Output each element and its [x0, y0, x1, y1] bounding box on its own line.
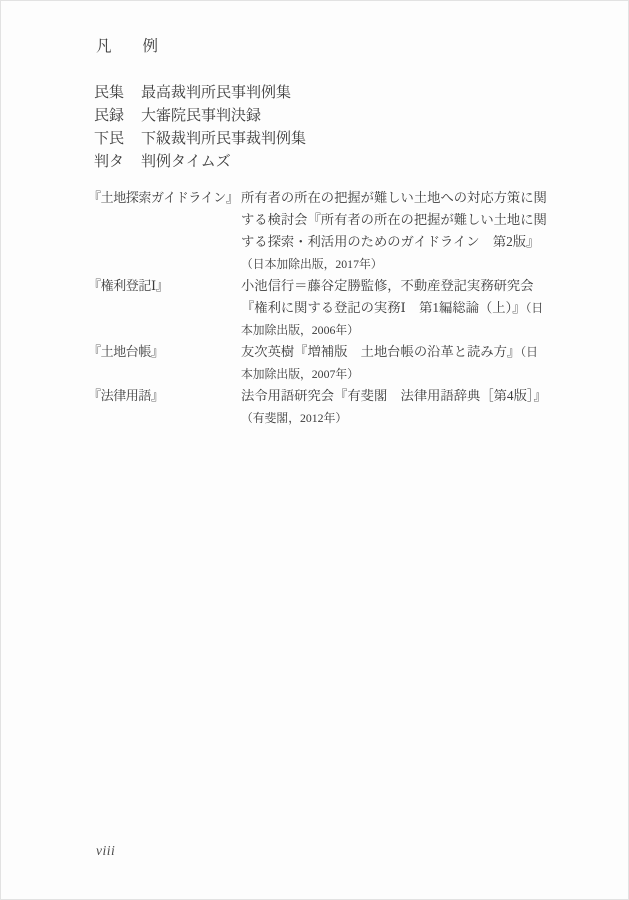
abbreviation-definition: 最高裁判所民事判例集 — [141, 82, 291, 105]
reference-list: 『土地探索ガイドライン』 所有者の所在の把握が難しい土地への対応方策に関 する検… — [88, 187, 561, 429]
page-number: viii — [96, 843, 115, 859]
reference-body: する検討会『所有者の所在の把握が難しい土地に関 — [241, 212, 547, 227]
reference-line: （有斐閣，2012年） — [241, 407, 561, 429]
reference-line: 所有者の所在の把握が難しい土地への対応方策に関 — [241, 187, 561, 209]
abbreviation-row: 下民 下級裁判所民事裁判例集 — [94, 128, 306, 151]
abbreviation-row: 判タ 判例タイムズ — [94, 151, 306, 174]
reference-term: 『権利登記Ⅰ』 — [88, 275, 168, 296]
reference-line: する検討会『所有者の所在の把握が難しい土地に関 — [241, 209, 561, 231]
abbreviation-list: 民集 最高裁判所民事判例集 民録 大審院民事判決録 下民 下級裁判所民事裁判例集… — [94, 82, 306, 174]
abbreviation-row: 民集 最高裁判所民事判例集 — [94, 82, 306, 105]
reference-publisher: （日本加除出版，2017年） — [241, 257, 383, 271]
reference-term: 『土地探索ガイドライン』 — [88, 187, 238, 208]
abbreviation-definition: 判例タイムズ — [141, 151, 231, 174]
abbreviation-row: 民録 大審院民事判決録 — [94, 105, 306, 128]
abbreviation-definition: 下級裁判所民事裁判例集 — [141, 128, 306, 151]
reference-body: 法令用語研究会『有斐閣 法律用語辞典［第4版］』 — [241, 388, 547, 403]
reference-entry: 『土地探索ガイドライン』 所有者の所在の把握が難しい土地への対応方策に関 する検… — [88, 187, 561, 275]
reference-entry: 『権利登記Ⅰ』 小池信行＝藤谷定勝監修，不動産登記実務研究会 『権利に関する登記… — [88, 275, 561, 341]
reference-entry: 『法律用語』 法令用語研究会『有斐閣 法律用語辞典［第4版］』 （有斐閣，201… — [88, 385, 561, 429]
page-title: 凡 例 — [96, 37, 158, 57]
reference-entry: 『土地台帳』 友次英樹『増補版 土地台帳の沿革と読み方』（日 本加除出版，200… — [88, 341, 561, 385]
reference-line: 法令用語研究会『有斐閣 法律用語辞典［第4版］』 — [241, 385, 561, 407]
reference-publisher: 本加除出版，2006年） — [241, 323, 359, 337]
reference-line: する探索・利活用のためのガイドライン 第2版』 — [241, 231, 561, 253]
reference-body: する探索・利活用のためのガイドライン 第2版』 — [241, 234, 539, 249]
reference-publisher: （日 — [520, 345, 538, 359]
reference-body: 所有者の所在の把握が難しい土地への対応方策に関 — [241, 190, 547, 205]
book-page: 凡 例 民集 最高裁判所民事判例集 民録 大審院民事判決録 下民 下級裁判所民事… — [0, 0, 629, 900]
reference-publisher: （有斐閣，2012年） — [241, 411, 347, 425]
reference-term: 『土地台帳』 — [88, 341, 164, 362]
abbreviation-term: 下民 — [94, 128, 141, 151]
abbreviation-term: 判タ — [94, 151, 141, 174]
reference-description: 小池信行＝藤谷定勝監修，不動産登記実務研究会 『権利に関する登記の実務Ⅰ 第1編… — [241, 275, 561, 341]
reference-publisher: 本加除出版，2007年） — [241, 367, 359, 381]
reference-line: 本加除出版，2007年） — [241, 363, 561, 385]
reference-description: 友次英樹『増補版 土地台帳の沿革と読み方』（日 本加除出版，2007年） — [241, 341, 561, 385]
abbreviation-term: 民集 — [94, 82, 141, 105]
abbreviation-definition: 大審院民事判決録 — [141, 105, 261, 128]
abbreviation-term: 民録 — [94, 105, 141, 128]
reference-body: 小池信行＝藤谷定勝監修，不動産登記実務研究会 — [241, 278, 534, 293]
reference-body: 『権利に関する登記の実務Ⅰ 第1編総論（上）』 — [241, 300, 526, 315]
reference-description: 所有者の所在の把握が難しい土地への対応方策に関 する検討会『所有者の所在の把握が… — [241, 187, 561, 275]
reference-description: 法令用語研究会『有斐閣 法律用語辞典［第4版］』 （有斐閣，2012年） — [241, 385, 561, 429]
reference-line: 『権利に関する登記の実務Ⅰ 第1編総論（上）』（日 — [241, 297, 561, 319]
reference-line: （日本加除出版，2017年） — [241, 253, 561, 275]
reference-line: 本加除出版，2006年） — [241, 319, 561, 341]
reference-term: 『法律用語』 — [88, 385, 164, 406]
reference-line: 友次英樹『増補版 土地台帳の沿革と読み方』（日 — [241, 341, 561, 363]
reference-line: 小池信行＝藤谷定勝監修，不動産登記実務研究会 — [241, 275, 561, 297]
reference-body: 友次英樹『増補版 土地台帳の沿革と読み方』 — [241, 344, 520, 359]
reference-publisher: （日 — [526, 301, 544, 315]
